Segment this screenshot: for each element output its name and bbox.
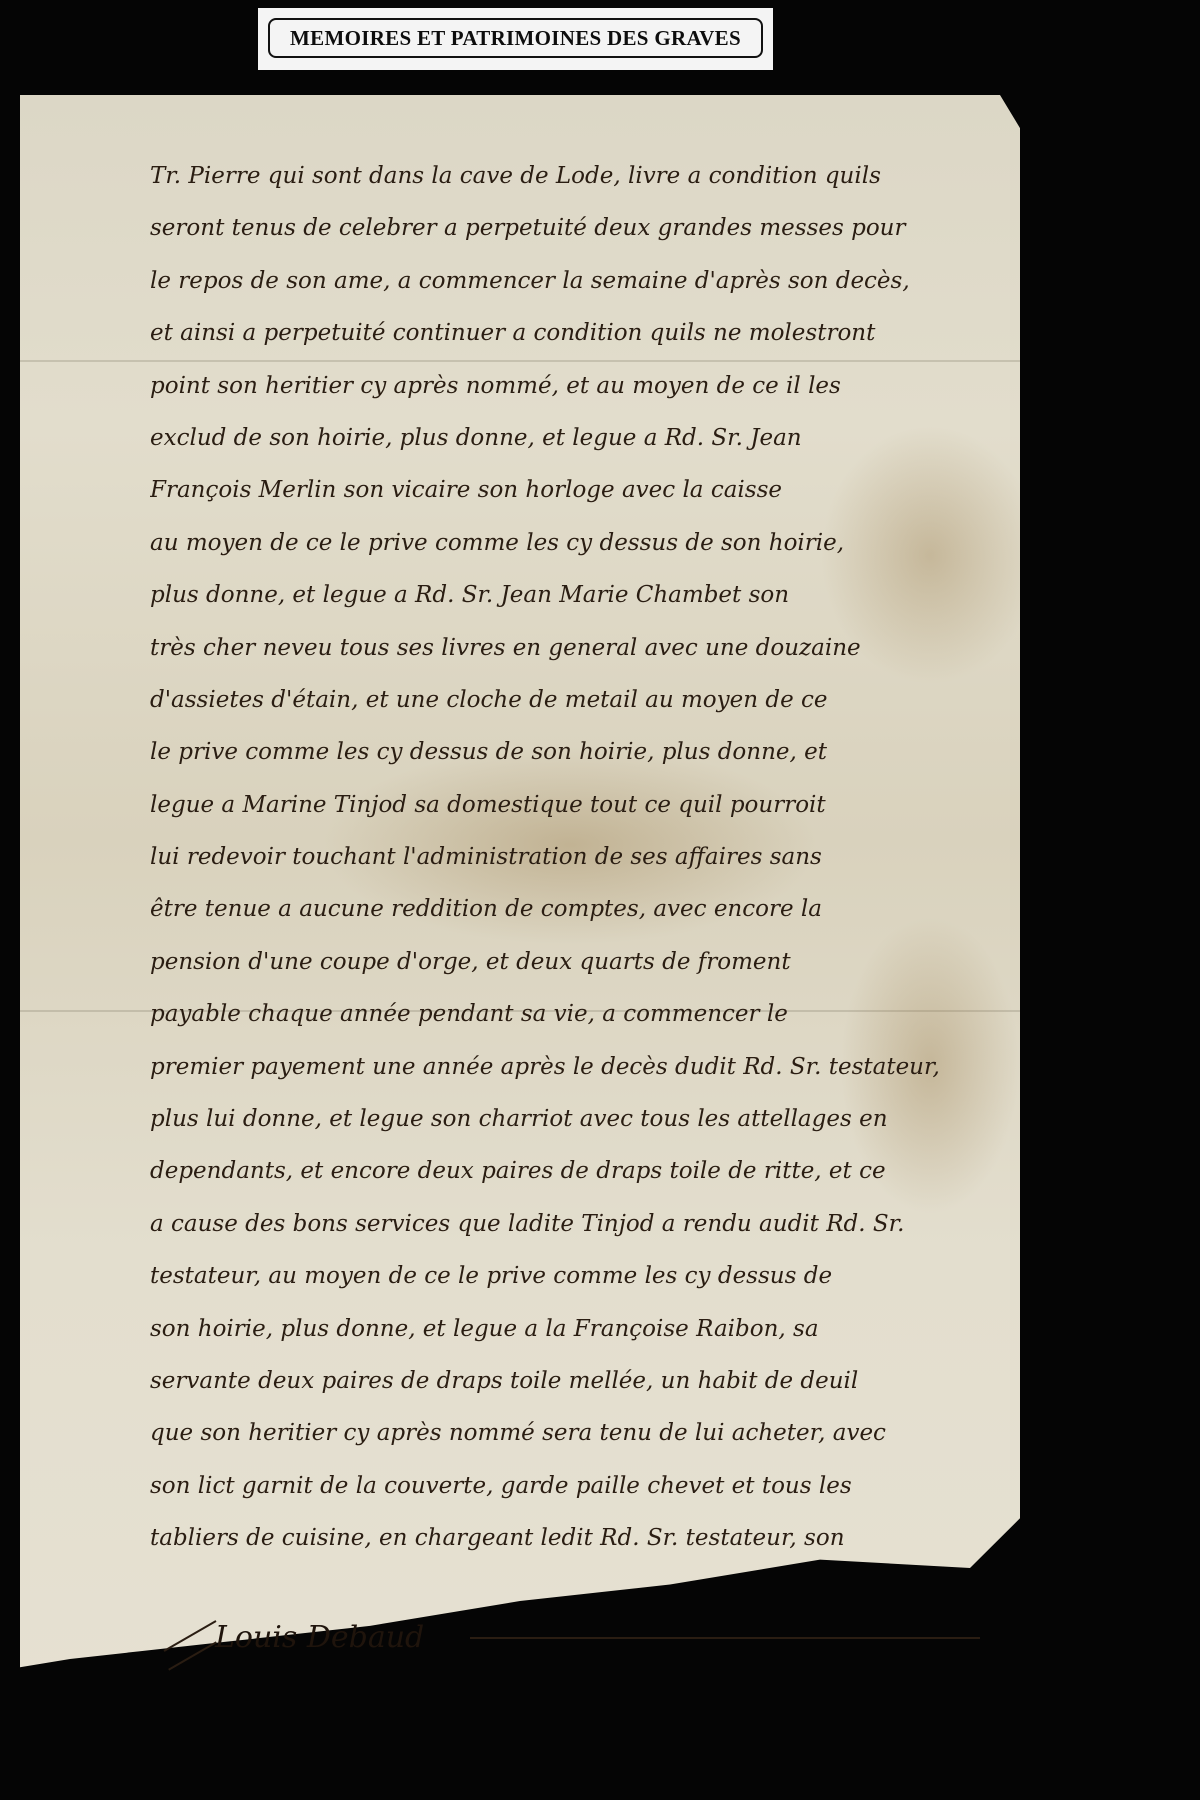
text-line: le repos de son ame, a commencer la sema… <box>150 255 990 307</box>
text-line: lui redevoir touchant l'administration d… <box>150 831 990 883</box>
text-line: au moyen de ce le prive comme les cy des… <box>150 517 990 569</box>
text-line: Tr. Pierre qui sont dans la cave de Lode… <box>150 150 990 202</box>
archive-label-text: MEMOIRES ET PATRIMOINES DES GRAVES <box>290 26 741 51</box>
text-line: d'assietes d'étain, et une cloche de met… <box>150 674 990 726</box>
text-line: exclud de son hoirie, plus donne, et leg… <box>150 412 990 464</box>
text-line: son hoirie, plus donne, et legue a la Fr… <box>150 1303 990 1355</box>
text-line: seront tenus de celebrer a perpetuité de… <box>150 202 990 254</box>
signature: Louis Debaud <box>215 1620 424 1655</box>
text-line: le prive comme les cy dessus de son hoir… <box>150 726 990 778</box>
text-line: pension d'une coupe d'orge, et deux quar… <box>150 936 990 988</box>
text-line: payable chaque année pendant sa vie, a c… <box>150 988 990 1040</box>
signature-rule <box>470 1637 980 1639</box>
text-line: François Merlin son vicaire son horloge … <box>150 464 990 516</box>
text-line: plus lui donne, et legue son charriot av… <box>150 1093 990 1145</box>
manuscript-text: Tr. Pierre qui sont dans la cave de Lode… <box>150 150 990 1565</box>
archive-label: MEMOIRES ET PATRIMOINES DES GRAVES <box>258 8 773 70</box>
text-line: premier payement une année après le decè… <box>150 1041 990 1093</box>
text-line: dependants, et encore deux paires de dra… <box>150 1145 990 1197</box>
text-line: legue a Marine Tinjod sa domestique tout… <box>150 779 990 831</box>
text-line: plus donne, et legue a Rd. Sr. Jean Mari… <box>150 569 990 621</box>
text-line: a cause des bons services que ladite Tin… <box>150 1198 990 1250</box>
text-line: tabliers de cuisine, en chargeant ledit … <box>150 1512 990 1564</box>
text-line: être tenue a aucune reddition de comptes… <box>150 883 990 935</box>
text-line: son lict garnit de la couverte, garde pa… <box>150 1460 990 1512</box>
text-line: servante deux paires de draps toile mell… <box>150 1355 990 1407</box>
archive-label-frame: MEMOIRES ET PATRIMOINES DES GRAVES <box>268 18 763 58</box>
text-line: et ainsi a perpetuité continuer a condit… <box>150 307 990 359</box>
text-line: point son heritier cy après nommé, et au… <box>150 360 990 412</box>
text-line: testateur, au moyen de ce le prive comme… <box>150 1250 990 1302</box>
text-line: très cher neveu tous ses livres en gener… <box>150 622 990 674</box>
text-line: que son heritier cy après nommé sera ten… <box>150 1407 990 1459</box>
